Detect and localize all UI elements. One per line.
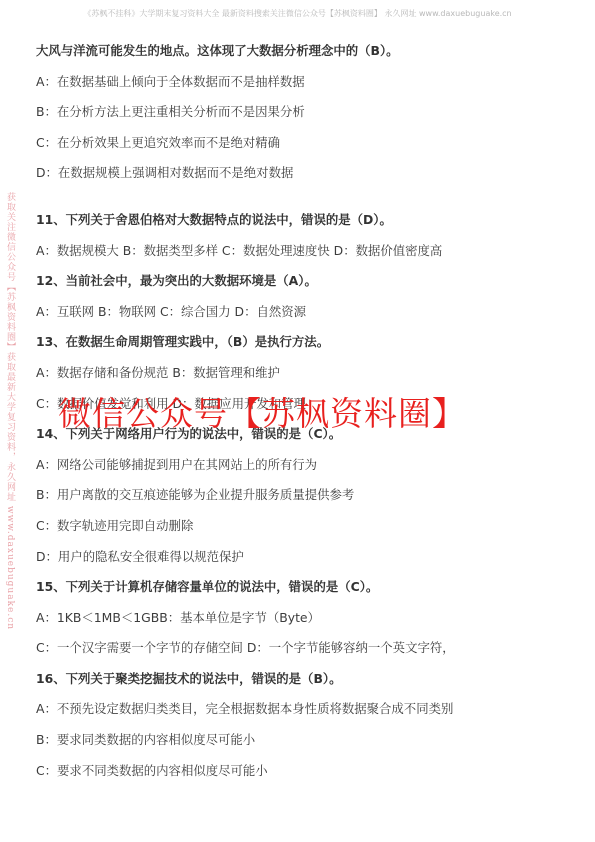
question-16-option-b: B：要求同类数据的内容相似度尽可能小 [36, 725, 576, 756]
question-16-option-c: C：要求不同类数据的内容相似度尽可能小 [36, 756, 576, 787]
question-16: 16、下列关于聚类挖掘技术的说法中，错误的是（B）。 [36, 664, 576, 695]
question-14-option-c: C：数字轨迹用完即自动删除 [36, 511, 576, 542]
side-vertical-watermark: 获取关注微信公众号【苏枫资料圈】获取最新大学复习资料，永久网址 www.daxu… [4, 192, 16, 630]
question-12-options: A：互联网 B：物联网 C：综合国力 D：自然资源 [36, 297, 576, 328]
red-overlay-watermark: 微信公众号【苏枫资料圈】 [58, 394, 466, 434]
question-12: 12、当前社会中，最为突出的大数据环境是（A）。 [36, 266, 576, 297]
option-a: A：在数据基础上倾向于全体数据而不是抽样数据 [36, 67, 576, 98]
question-15-options-ab: A：1KB＜1MB＜1GBB：基本单位是字节（Byte） [36, 603, 576, 634]
question-11-options: A：数据规模大 B：数据类型多样 C：数据处理速度快 D：数据价值密度高 [36, 236, 576, 267]
spacer [36, 189, 576, 205]
page-header-watermark: 《苏枫不挂科》大学期末复习资料大全 最新资料搜索关注微信公众号【苏枫资料圈】 永… [0, 8, 595, 19]
question-14-option-d: D：用户的隐私安全很难得以规范保护 [36, 542, 576, 573]
question-14-option-a: A：网络公司能够捕捉到用户在其网站上的所有行为 [36, 450, 576, 481]
question-15: 15、下列关于计算机存储容量单位的说法中，错误的是（C）。 [36, 572, 576, 603]
question-13-options-ab: A：数据存储和备份规范 B：数据管理和维护 [36, 358, 576, 389]
question-stem-continued: 大风与洋流可能发生的地点。这体现了大数据分析理念中的（B）。 [36, 36, 576, 67]
option-c: C：在分析效果上更追究效率而不是绝对精确 [36, 128, 576, 159]
question-14-option-b: B：用户离散的交互痕迹能够为企业提升服务质量提供参考 [36, 480, 576, 511]
option-d: D：在数据规模上强调相对数据而不是绝对数据 [36, 158, 576, 189]
option-b: B：在分析方法上更注重相关分析而不是因果分析 [36, 97, 576, 128]
question-13: 13、在数据生命周期管理实践中，（B）是执行方法。 [36, 327, 576, 358]
question-15-options-cd: C：一个汉字需要一个字节的存储空间 D：一个字节能够容纳一个英文字符， [36, 633, 576, 664]
question-16-option-a: A：不预先设定数据归类类目，完全根据数据本身性质将数据聚合成不同类别 [36, 694, 576, 725]
question-11: 11、下列关于舍恩伯格对大数据特点的说法中，错误的是（D）。 [36, 205, 576, 236]
